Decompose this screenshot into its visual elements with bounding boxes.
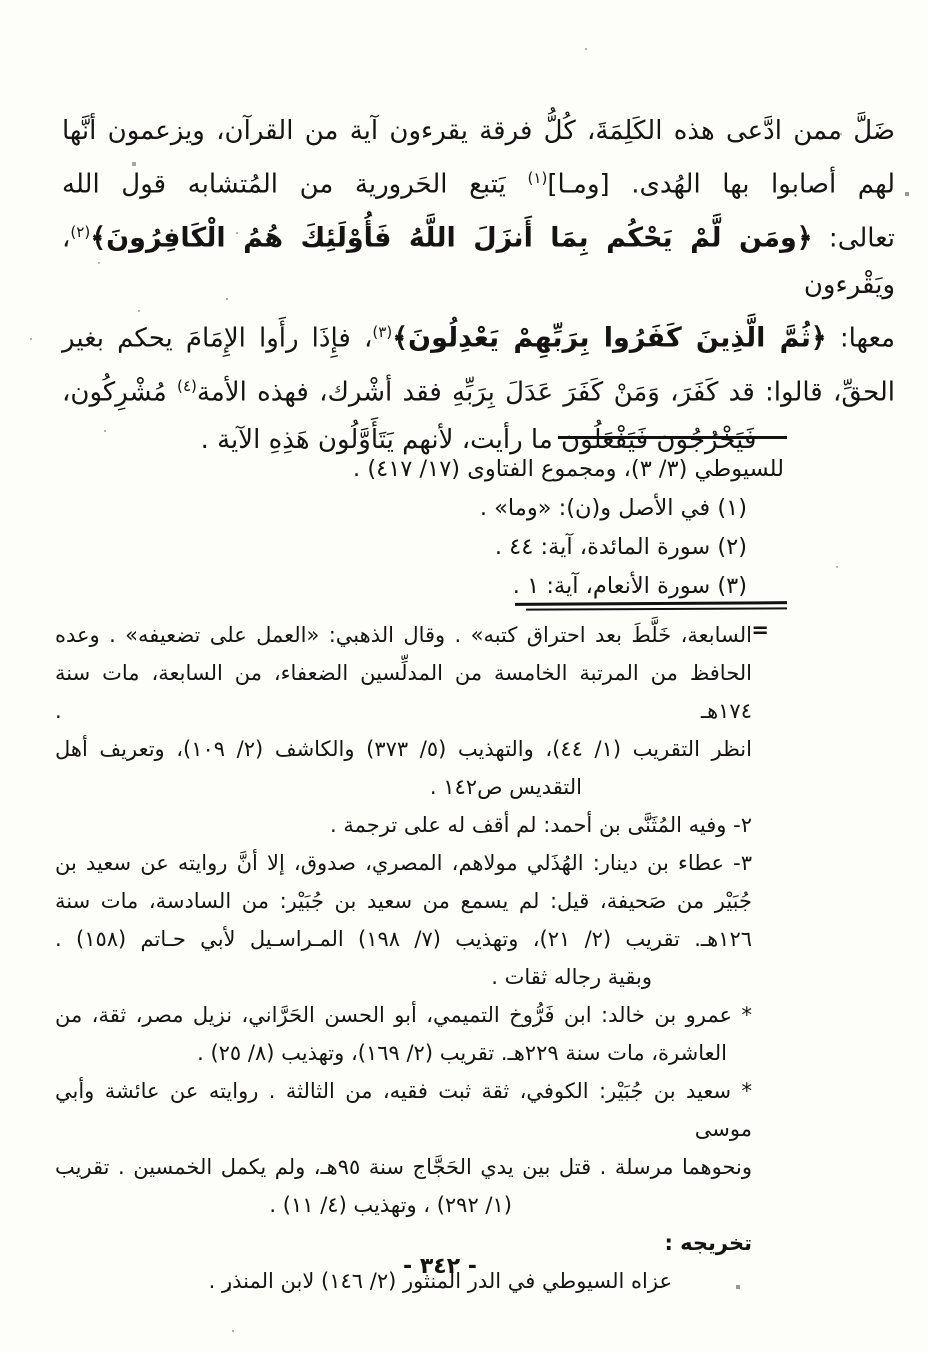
text-line: وبقية رجاله ثقات .: [55, 958, 752, 996]
footnote-reference: (١): [527, 169, 547, 187]
text-segment: يَتبع الحَرورية من المُتشابه قول الله: [62, 170, 527, 200]
text-segment: لهم أصابوا بها الهُدى. [ومـا]: [547, 170, 895, 200]
text-segment: مُشْرِكُون،: [62, 378, 177, 408]
text-segment: الحقِّ، قالوا: قد كَفَرَ، وَمَنْ كَفَرَ …: [197, 378, 895, 408]
text-segment: ، فإِذَا رأَوا الإِمَامَ يحكم بغير: [62, 324, 372, 354]
text-segment: تخريجه :: [664, 1231, 752, 1255]
separator-rule-bottom: [526, 607, 787, 610]
text-line: معها: ﴿ثُمَّ الَّذِينَ كَفَرُوا بِرَبِّه…: [62, 309, 895, 363]
footnote-continuation-mark: =: [751, 618, 768, 642]
main-text-block: ضَلَّ ممن ادَّعى هذه الكَلِمَةَ، كُلُّ ف…: [62, 108, 895, 464]
text-segment: (٢) سورة المائدة، آية: ٤٤ .: [495, 534, 747, 560]
text-line: الحقِّ، قالوا: قد كَفَرَ، وَمَنْ كَفَرَ …: [62, 363, 895, 417]
text-segment: وبقية رجاله ثقات .: [491, 965, 652, 989]
footnotes-continuation-block: السابعة، خَلَّطَ بعد احتراق كتبه» . وقال…: [55, 616, 752, 1300]
text-line: انظر التقريب (١/ ٤٤)، والتهذيب (٥/ ٣٧٣) …: [55, 730, 752, 768]
text-segment: للسيوطي (٣/ ٣)، ومجموع الفتاوى (١٧/ ٤١٧)…: [353, 456, 784, 482]
text-line: * عمرو بن خالد: ابن فَرُّوخ التميمي، أبو…: [55, 996, 752, 1034]
text-line: ضَلَّ ممن ادَّعى هذه الكَلِمَةَ، كُلُّ ف…: [62, 108, 895, 155]
quran-verse: ﴿ومَن لَّمْ يَحْكُم بِمَا أَنزَلَ اللَّه…: [90, 222, 812, 253]
text-line: جُبَيْر من صَحيفة، قيل: لم يسمع من سعيد …: [55, 882, 752, 920]
text-line: ٣- عطاء بن دينار: الهُذَلي مولاهم، المصر…: [55, 844, 752, 882]
text-segment: (١) في الأصل و(ن): «وما» .: [480, 495, 747, 521]
text-segment: انظر التقريب (١/ ٤٤)، والتهذيب (٥/ ٣٧٣) …: [55, 737, 752, 761]
text-line: للسيوطي (٣/ ٣)، ومجموع الفتاوى (١٧/ ٤١٧)…: [184, 450, 784, 489]
text-segment: ضَلَّ ممن ادَّعى هذه الكَلِمَةَ، كُلُّ ف…: [62, 116, 895, 146]
text-segment: الحافظ من المرتبة الخامسة من المدلِّسين …: [55, 661, 752, 723]
text-segment: * عمرو بن خالد: ابن فَرُّوخ التميمي، أبو…: [55, 1003, 752, 1027]
text-segment: ٣- عطاء بن دينار: الهُذَلي مولاهم، المصر…: [55, 851, 752, 875]
text-line: (٣) سورة الأنعام، آية: ١ .: [184, 567, 784, 606]
text-line: التقديس ص١٤٢ .: [55, 768, 752, 806]
text-segment: (١/ ٢٩٢) ، وتهذيب (٤/ ١١) .: [269, 1193, 512, 1217]
footnote-reference: (٤): [177, 377, 197, 395]
text-segment: (٣) سورة الأنعام، آية: ١ .: [513, 573, 747, 599]
text-segment: تعالى:: [813, 223, 895, 253]
text-segment: معها:: [827, 324, 895, 354]
text-segment: التقديس ص١٤٢ .: [430, 775, 582, 799]
footnote-separator-line: [558, 436, 787, 439]
text-line: تعالى: ﴿ومَن لَّمْ يَحْكُم بِمَا أَنزَلَ…: [62, 209, 895, 310]
footnote-reference: (٣): [372, 323, 392, 341]
text-segment: السابعة، خَلَّطَ بعد احتراق كتبه» . وقال…: [55, 623, 752, 647]
page-number: - ٣٤٢ -: [0, 1254, 880, 1279]
text-line: لهم أصابوا بها الهُدى. [ومـا](١) يَتبع ا…: [62, 155, 895, 209]
scan-noise-speckles: [0, 0, 2, 2]
text-line: ٢- وفيه المُثَنَّى بن أحمد: لم أقف له عل…: [55, 806, 752, 844]
text-line: ونحوهما مرسلة . قتل بين يدي الحَجَّاج سن…: [55, 1148, 752, 1186]
text-line: السابعة، خَلَّطَ بعد احتراق كتبه» . وقال…: [55, 616, 752, 654]
text-line: * سعيد بن جُبَيْر: الكوفي، ثقة ثبت فقيه،…: [55, 1072, 752, 1148]
footnote-reference: (٢): [70, 223, 90, 241]
text-line: العاشرة، مات سنة ٢٢٩هـ. تقريب (٢/ ١٦٩)، …: [55, 1034, 752, 1072]
text-line: (١/ ٢٩٢) ، وتهذيب (٤/ ١١) .: [55, 1186, 752, 1224]
separator-rule-top: [515, 601, 787, 606]
footnotes-block: للسيوطي (٣/ ٣)، ومجموع الفتاوى (١٧/ ٤١٧)…: [184, 450, 784, 606]
quran-verse: ﴿ثُمَّ الَّذِينَ كَفَرُوا بِرَبِّهِمْ يَ…: [392, 323, 827, 354]
text-line: (٢) سورة المائدة، آية: ٤٤ .: [184, 528, 784, 567]
text-segment: ونحوهما مرسلة . قتل بين يدي الحَجَّاج سن…: [55, 1155, 752, 1179]
text-segment: ٢- وفيه المُثَنَّى بن أحمد: لم أقف له عل…: [330, 813, 752, 837]
continuation-separator-line: [515, 602, 787, 610]
text-segment: * سعيد بن جُبَيْر: الكوفي، ثقة ثبت فقيه،…: [55, 1079, 752, 1141]
text-line: (١) في الأصل و(ن): «وما» .: [184, 489, 784, 528]
text-segment: جُبَيْر من صَحيفة، قيل: لم يسمع من سعيد …: [55, 889, 752, 913]
text-line: الحافظ من المرتبة الخامسة من المدلِّسين …: [55, 654, 752, 730]
scanned-book-page: ضَلَّ ممن ادَّعى هذه الكَلِمَةَ، كُلُّ ف…: [0, 0, 928, 1353]
text-segment: العاشرة، مات سنة ٢٢٩هـ. تقريب (٢/ ١٦٩)، …: [197, 1041, 727, 1065]
text-line: ١٢٦هـ. تقريب (٢/ ٢١)، وتهذيب (٧/ ١٩٨) ال…: [55, 920, 752, 958]
text-segment: ١٢٦هـ. تقريب (٢/ ٢١)، وتهذيب (٧/ ١٩٨) ال…: [55, 927, 752, 951]
